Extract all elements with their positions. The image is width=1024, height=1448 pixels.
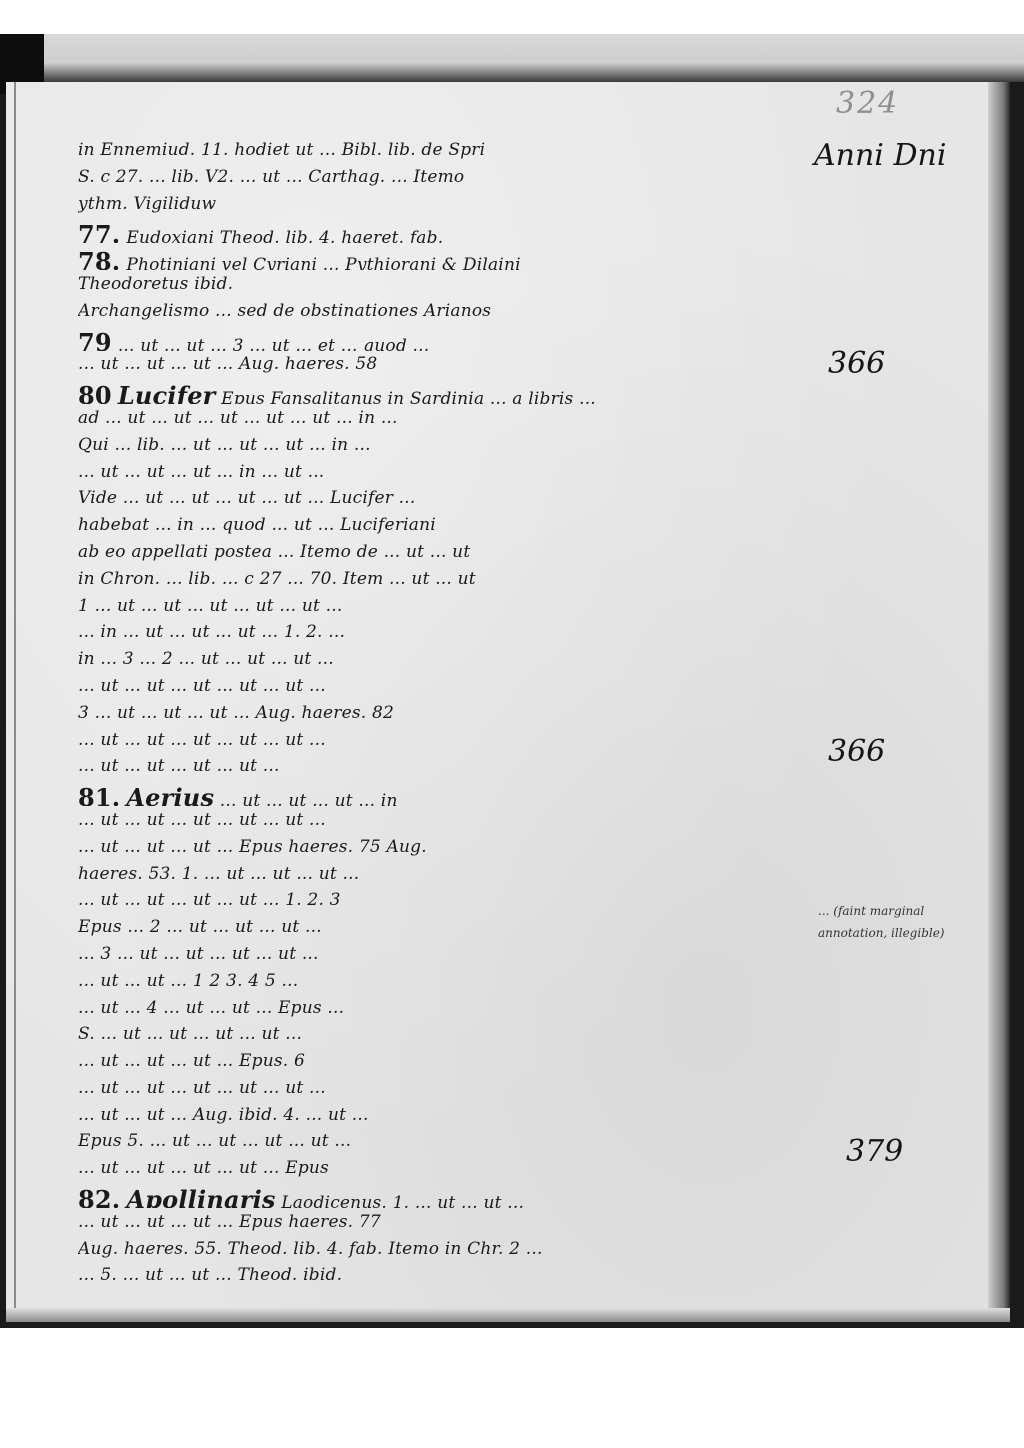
margin-year: 366 bbox=[828, 734, 885, 769]
line-text: Qui ... lib. ... ut ... ut ... ut ... in… bbox=[78, 435, 371, 455]
manuscript-line: 3 ... ut ... ut ... ut ... Aug. haeres. … bbox=[78, 703, 818, 726]
line-text: 3 ... ut ... ut ... ut ... Aug. haeres. … bbox=[78, 703, 394, 723]
manuscript-line: ... ut ... ut ... ut ... Epus haeres. 77 bbox=[78, 1212, 818, 1235]
line-text: ... ut ... ut ... ut ... ut ... ut ... bbox=[78, 676, 326, 696]
line-text: ... 3 ... ut ... ut ... ut ... ut ... bbox=[78, 944, 319, 964]
manuscript-line: ad ... ut ... ut ... ut ... ut ... ut ..… bbox=[78, 408, 818, 431]
line-text: ... ut ... ut ... 3 ... ut ... et ... qu… bbox=[118, 336, 430, 351]
manuscript-line: ... 3 ... ut ... ut ... ut ... ut ... bbox=[78, 944, 818, 967]
line-text: ... ut ... ut ... ut ... ut ... ut ... bbox=[78, 810, 326, 830]
manuscript-line: ... ut ... ut ... ut ... ut ... ut ... bbox=[78, 730, 818, 753]
manuscript-line: 82.Apollinaris Laodicenus. 1. ... ut ...… bbox=[78, 1185, 818, 1208]
line-text: ... ut ... ut ... ut ... ut ... bbox=[78, 756, 280, 776]
manuscript-line: 77.Eudoxiani Theod. lib. 4. haeret. fab. bbox=[78, 220, 818, 243]
manuscript-line: 81.Aerius ... ut ... ut ... ut ... in bbox=[78, 783, 818, 806]
entry-number: 82. bbox=[78, 1185, 120, 1208]
entry-number: 78. bbox=[78, 247, 120, 270]
manuscript-line: Vide ... ut ... ut ... ut ... ut ... Luc… bbox=[78, 488, 818, 511]
line-text: Theodoretus ibid. bbox=[78, 274, 233, 294]
entry-number: 81. bbox=[78, 783, 120, 806]
manuscript-page: 324 Anni Dni in Ennemiud. 11. hodiet ut … bbox=[6, 82, 1010, 1322]
line-text: ... ut ... ut ... Aug. ibid. 4. ... ut .… bbox=[78, 1105, 369, 1125]
line-text: ... ut ... ut ... ut ... ut ... Epus bbox=[78, 1158, 329, 1178]
manuscript-line: ... ut ... ut ... Aug. ibid. 4. ... ut .… bbox=[78, 1105, 818, 1128]
line-text: ... ut ... 4 ... ut ... ut ... Epus ... bbox=[78, 998, 344, 1018]
manuscript-scan: 324 Anni Dni in Ennemiud. 11. hodiet ut … bbox=[0, 34, 1024, 1328]
heresy-name: Apollinaris bbox=[126, 1185, 275, 1208]
manuscript-line: Theodoretus ibid. bbox=[78, 274, 818, 297]
manuscript-line: habebat ... in ... quod ... ut ... Lucif… bbox=[78, 515, 818, 538]
manuscript-line: in ... 3 ... 2 ... ut ... ut ... ut ... bbox=[78, 649, 818, 672]
manuscript-line: ... in ... ut ... ut ... ut ... 1. 2. ..… bbox=[78, 622, 818, 645]
manuscript-line: ... 5. ... ut ... ut ... Theod. ibid. bbox=[78, 1265, 818, 1288]
handwritten-text: in Ennemiud. 11. hodiet ut ... Bibl. lib… bbox=[78, 140, 818, 1292]
line-text: ... in ... ut ... ut ... ut ... 1. 2. ..… bbox=[78, 622, 345, 642]
binding-gutter bbox=[14, 82, 16, 1322]
entry-number: 79 bbox=[78, 328, 112, 351]
line-text: ... ut ... ut ... ut ... Epus haeres. 77 bbox=[78, 1212, 381, 1232]
manuscript-line: ... ut ... ut ... ut ... ut ... ut ... bbox=[78, 1078, 818, 1101]
manuscript-line: S. ... ut ... ut ... ut ... ut ... bbox=[78, 1024, 818, 1047]
line-text: Aug. haeres. 55. Theod. lib. 4. fab. Ite… bbox=[78, 1239, 543, 1259]
line-text: S. c 27. ... lib. V2. ... ut ... Carthag… bbox=[78, 167, 464, 187]
line-text: Eudoxiani Theod. lib. 4. haeret. fab. bbox=[126, 228, 443, 243]
folio-number: 324 bbox=[836, 86, 899, 121]
line-text: ... ut ... ut ... 1 2 3. 4 5 ... bbox=[78, 971, 298, 991]
manuscript-line: Epus ... 2 ... ut ... ut ... ut ... bbox=[78, 917, 818, 940]
line-text: in Ennemiud. 11. hodiet ut ... Bibl. lib… bbox=[78, 140, 485, 160]
manuscript-line: ... ut ... ut ... ut ... ut ... 1. 2. 3 bbox=[78, 890, 818, 913]
line-text: habebat ... in ... quod ... ut ... Lucif… bbox=[78, 515, 436, 535]
margin-year: 366 bbox=[828, 346, 885, 381]
margin-year: 379 bbox=[846, 1134, 903, 1169]
manuscript-line: Qui ... lib. ... ut ... ut ... ut ... in… bbox=[78, 435, 818, 458]
line-text: in ... 3 ... 2 ... ut ... ut ... ut ... bbox=[78, 649, 334, 669]
line-text: ... ut ... ut ... ut ... ut ... 1. 2. 3 bbox=[78, 890, 341, 910]
manuscript-line: Aug. haeres. 55. Theod. lib. 4. fab. Ite… bbox=[78, 1239, 818, 1262]
scan-top-edge bbox=[44, 34, 1024, 82]
manuscript-line: haeres. 53. 1. ... ut ... ut ... ut ... bbox=[78, 864, 818, 887]
line-text: ad ... ut ... ut ... ut ... ut ... ut ..… bbox=[78, 408, 398, 428]
line-text: Archangelismo ... sed de obstinationes A… bbox=[78, 301, 491, 321]
heresy-name: Aerius bbox=[126, 783, 214, 806]
top-margin bbox=[0, 0, 1024, 34]
manuscript-line: Epus 5. ... ut ... ut ... ut ... ut ... bbox=[78, 1131, 818, 1154]
manuscript-line: in Chron. ... lib. ... c 27 ... 70. Item… bbox=[78, 569, 818, 592]
line-text: Photiniani vel Cyriani ... Pythiorani & … bbox=[126, 255, 520, 270]
manuscript-line: ... ut ... ut ... ut ... in ... ut ... bbox=[78, 462, 818, 485]
manuscript-line: 1 ... ut ... ut ... ut ... ut ... ut ... bbox=[78, 596, 818, 619]
manuscript-line: ... ut ... ut ... ut ... Epus haeres. 75… bbox=[78, 837, 818, 860]
marginal-annotation: ... (faint marginal annotation, illegibl… bbox=[818, 900, 988, 944]
manuscript-line: S. c 27. ... lib. V2. ... ut ... Carthag… bbox=[78, 167, 818, 190]
line-text: Epus ... 2 ... ut ... ut ... ut ... bbox=[78, 917, 322, 937]
line-text: ... ut ... ut ... ut ... in bbox=[220, 791, 398, 806]
line-text: Epus Fansalitanus in Sardinia ... a libr… bbox=[221, 389, 596, 404]
manuscript-line: Archangelismo ... sed de obstinationes A… bbox=[78, 301, 818, 324]
line-text: ... 5. ... ut ... ut ... Theod. ibid. bbox=[78, 1265, 342, 1285]
line-text: ... ut ... ut ... ut ... Epus. 6 bbox=[78, 1051, 305, 1071]
line-text: ... ut ... ut ... ut ... ut ... ut ... bbox=[78, 1078, 326, 1098]
line-text: Epus 5. ... ut ... ut ... ut ... ut ... bbox=[78, 1131, 351, 1151]
entry-number: 77. bbox=[78, 220, 120, 243]
line-text: ... ut ... ut ... ut ... Epus haeres. 75… bbox=[78, 837, 427, 857]
manuscript-line: ... ut ... ut ... ut ... ut ... ut ... bbox=[78, 676, 818, 699]
manuscript-line: ... ut ... ut ... 1 2 3. 4 5 ... bbox=[78, 971, 818, 994]
manuscript-line: ab eo appellati postea ... Itemo de ... … bbox=[78, 542, 818, 565]
manuscript-line: ythm. Vigiliduw bbox=[78, 194, 818, 217]
heresy-name: Lucifer bbox=[118, 381, 216, 404]
line-text: ... ut ... ut ... ut ... Aug. haeres. 58 bbox=[78, 354, 377, 374]
manuscript-line: 80Lucifer Epus Fansalitanus in Sardinia … bbox=[78, 381, 818, 404]
manuscript-line: 78.Photiniani vel Cyriani ... Pythiorani… bbox=[78, 247, 818, 270]
line-text: in Chron. ... lib. ... c 27 ... 70. Item… bbox=[78, 569, 476, 589]
line-text: haeres. 53. 1. ... ut ... ut ... ut ... bbox=[78, 864, 359, 884]
line-text: Laodicenus. 1. ... ut ... ut ... bbox=[281, 1193, 524, 1208]
manuscript-line: ... ut ... ut ... ut ... ut ... Epus bbox=[78, 1158, 818, 1181]
manuscript-line: in Ennemiud. 11. hodiet ut ... Bibl. lib… bbox=[78, 140, 818, 163]
line-text: S. ... ut ... ut ... ut ... ut ... bbox=[78, 1024, 302, 1044]
manuscript-line: ... ut ... ut ... ut ... Aug. haeres. 58 bbox=[78, 354, 818, 377]
margin-heading: Anni Dni bbox=[814, 138, 946, 173]
manuscript-line: ... ut ... ut ... ut ... ut ... ut ... bbox=[78, 810, 818, 833]
line-text: ythm. Vigiliduw bbox=[78, 194, 216, 214]
bottom-margin bbox=[0, 1328, 1024, 1448]
manuscript-line: ... ut ... ut ... ut ... ut ... bbox=[78, 756, 818, 779]
line-text: ab eo appellati postea ... Itemo de ... … bbox=[78, 542, 470, 562]
page-right-edge bbox=[988, 82, 1010, 1322]
manuscript-line: ... ut ... 4 ... ut ... ut ... Epus ... bbox=[78, 998, 818, 1021]
entry-number: 80 bbox=[78, 381, 112, 404]
line-text: ... ut ... ut ... ut ... ut ... ut ... bbox=[78, 730, 326, 750]
page-bottom-edge bbox=[6, 1308, 1010, 1322]
line-text: Vide ... ut ... ut ... ut ... ut ... Luc… bbox=[78, 488, 415, 508]
line-text: 1 ... ut ... ut ... ut ... ut ... ut ... bbox=[78, 596, 342, 616]
manuscript-line: 79... ut ... ut ... 3 ... ut ... et ... … bbox=[78, 328, 818, 351]
manuscript-line: ... ut ... ut ... ut ... Epus. 6 bbox=[78, 1051, 818, 1074]
line-text: ... ut ... ut ... ut ... in ... ut ... bbox=[78, 462, 324, 482]
